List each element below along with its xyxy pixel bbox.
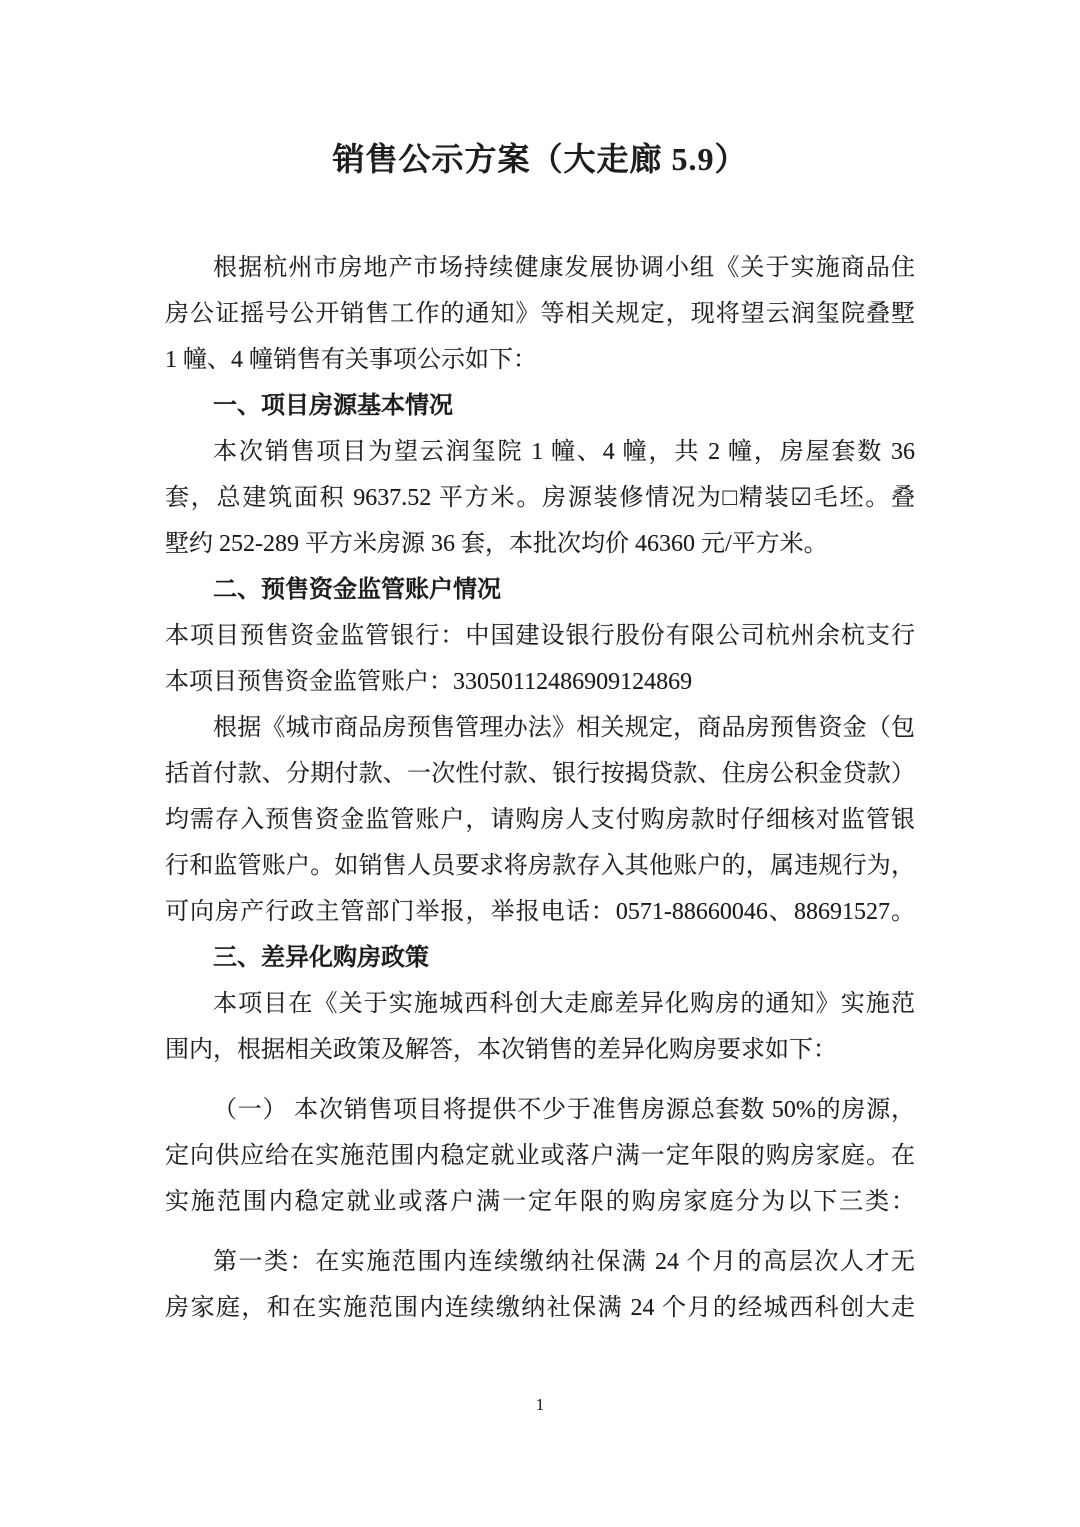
intro-paragraph: 根据杭州市房地产市场持续健康发展协调小组《关于实施商品住 房公证摇号公开销售工作… <box>165 245 915 383</box>
text-line: 墅约 252-289 平方米房源 36 套，本批次均价 46360 元/平方米。 <box>165 521 915 567</box>
text-line: 行和监管账户。如销售人员要求将房款存入其他账户的，属违规行为， <box>165 843 915 889</box>
document-title: 销售公示方案（大走廊 5.9） <box>0 133 1080 185</box>
section-2-paragraph: 根据《城市商品房预售管理办法》相关规定，商品房预售资金（包 括首付款、分期付款、… <box>165 705 915 935</box>
text-line: 房家庭，和在实施范围内连续缴纳社保满 24 个月的经城西科创大走 <box>165 1285 915 1331</box>
text-line: 可向房产行政主管部门举报，举报电话：0571-88660046、88691527… <box>165 889 915 935</box>
text-line: 围内，根据相关政策及解答，本次销售的差异化购房要求如下： <box>165 1027 915 1073</box>
section-3-heading: 三、差异化购房政策 <box>165 935 915 981</box>
text-line: 实施范围内稳定就业或落户满一定年限的购房家庭分为以下三类： <box>165 1179 915 1225</box>
text-line: 本次销售项目为望云润玺院 1 幢、4 幢，共 2 幢，房屋套数 36 <box>165 429 915 475</box>
page-number: 1 <box>0 1395 1080 1415</box>
text-line: 房公证摇号公开销售工作的通知》等相关规定，现将望云润玺院叠墅 <box>165 291 915 337</box>
section-2-heading: 二、预售资金监管账户情况 <box>165 567 915 613</box>
section-3-paragraph-1: 本项目在《关于实施城西科创大走廊差异化购房的通知》实施范 围内，根据相关政策及解… <box>165 981 915 1073</box>
text-line: 根据杭州市房地产市场持续健康发展协调小组《关于实施商品住 <box>165 245 915 291</box>
text-line: 均需存入预售资金监管账户，请购房人支付购房款时仔细核对监管银 <box>165 797 915 843</box>
document-page: 销售公示方案（大走廊 5.9） 根据杭州市房地产市场持续健康发展协调小组《关于实… <box>0 0 1080 1527</box>
monitoring-account-line: 本项目预售资金监管账户：33050112486909124869 <box>165 659 915 705</box>
section-3-paragraph-2: （一） 本次销售项目将提供不少于准售房源总套数 50%的房源， 定向供应给在实施… <box>165 1087 915 1225</box>
text-line: 第一类：在实施范围内连续缴纳社保满 24 个月的高层次人才无 <box>165 1239 915 1285</box>
text-line: 套，总建筑面积 9637.52 平方米。房源装修情况为□精装☑毛坯。叠 <box>165 475 915 521</box>
text-line: 括首付款、分期付款、一次性付款、银行按揭贷款、住房公积金贷款） <box>165 751 915 797</box>
section-1-paragraph: 本次销售项目为望云润玺院 1 幢、4 幢，共 2 幢，房屋套数 36 套，总建筑… <box>165 429 915 567</box>
text-line: （一） 本次销售项目将提供不少于准售房源总套数 50%的房源， <box>165 1087 915 1133</box>
text-line: 1 幢、4 幢销售有关事项公示如下： <box>165 337 915 383</box>
text-line: 根据《城市商品房预售管理办法》相关规定，商品房预售资金（包 <box>165 705 915 751</box>
text-line: 定向供应给在实施范围内稳定就业或落户满一定年限的购房家庭。在 <box>165 1133 915 1179</box>
text-line: 本项目在《关于实施城西科创大走廊差异化购房的通知》实施范 <box>165 981 915 1027</box>
section-3-paragraph-3: 第一类：在实施范围内连续缴纳社保满 24 个月的高层次人才无 房家庭，和在实施范… <box>165 1239 915 1331</box>
monitoring-bank-line: 本项目预售资金监管银行：中国建设银行股份有限公司杭州余杭支行 <box>165 613 915 659</box>
section-1-heading: 一、项目房源基本情况 <box>165 383 915 429</box>
document-body: 根据杭州市房地产市场持续健康发展协调小组《关于实施商品住 房公证摇号公开销售工作… <box>165 245 915 1331</box>
